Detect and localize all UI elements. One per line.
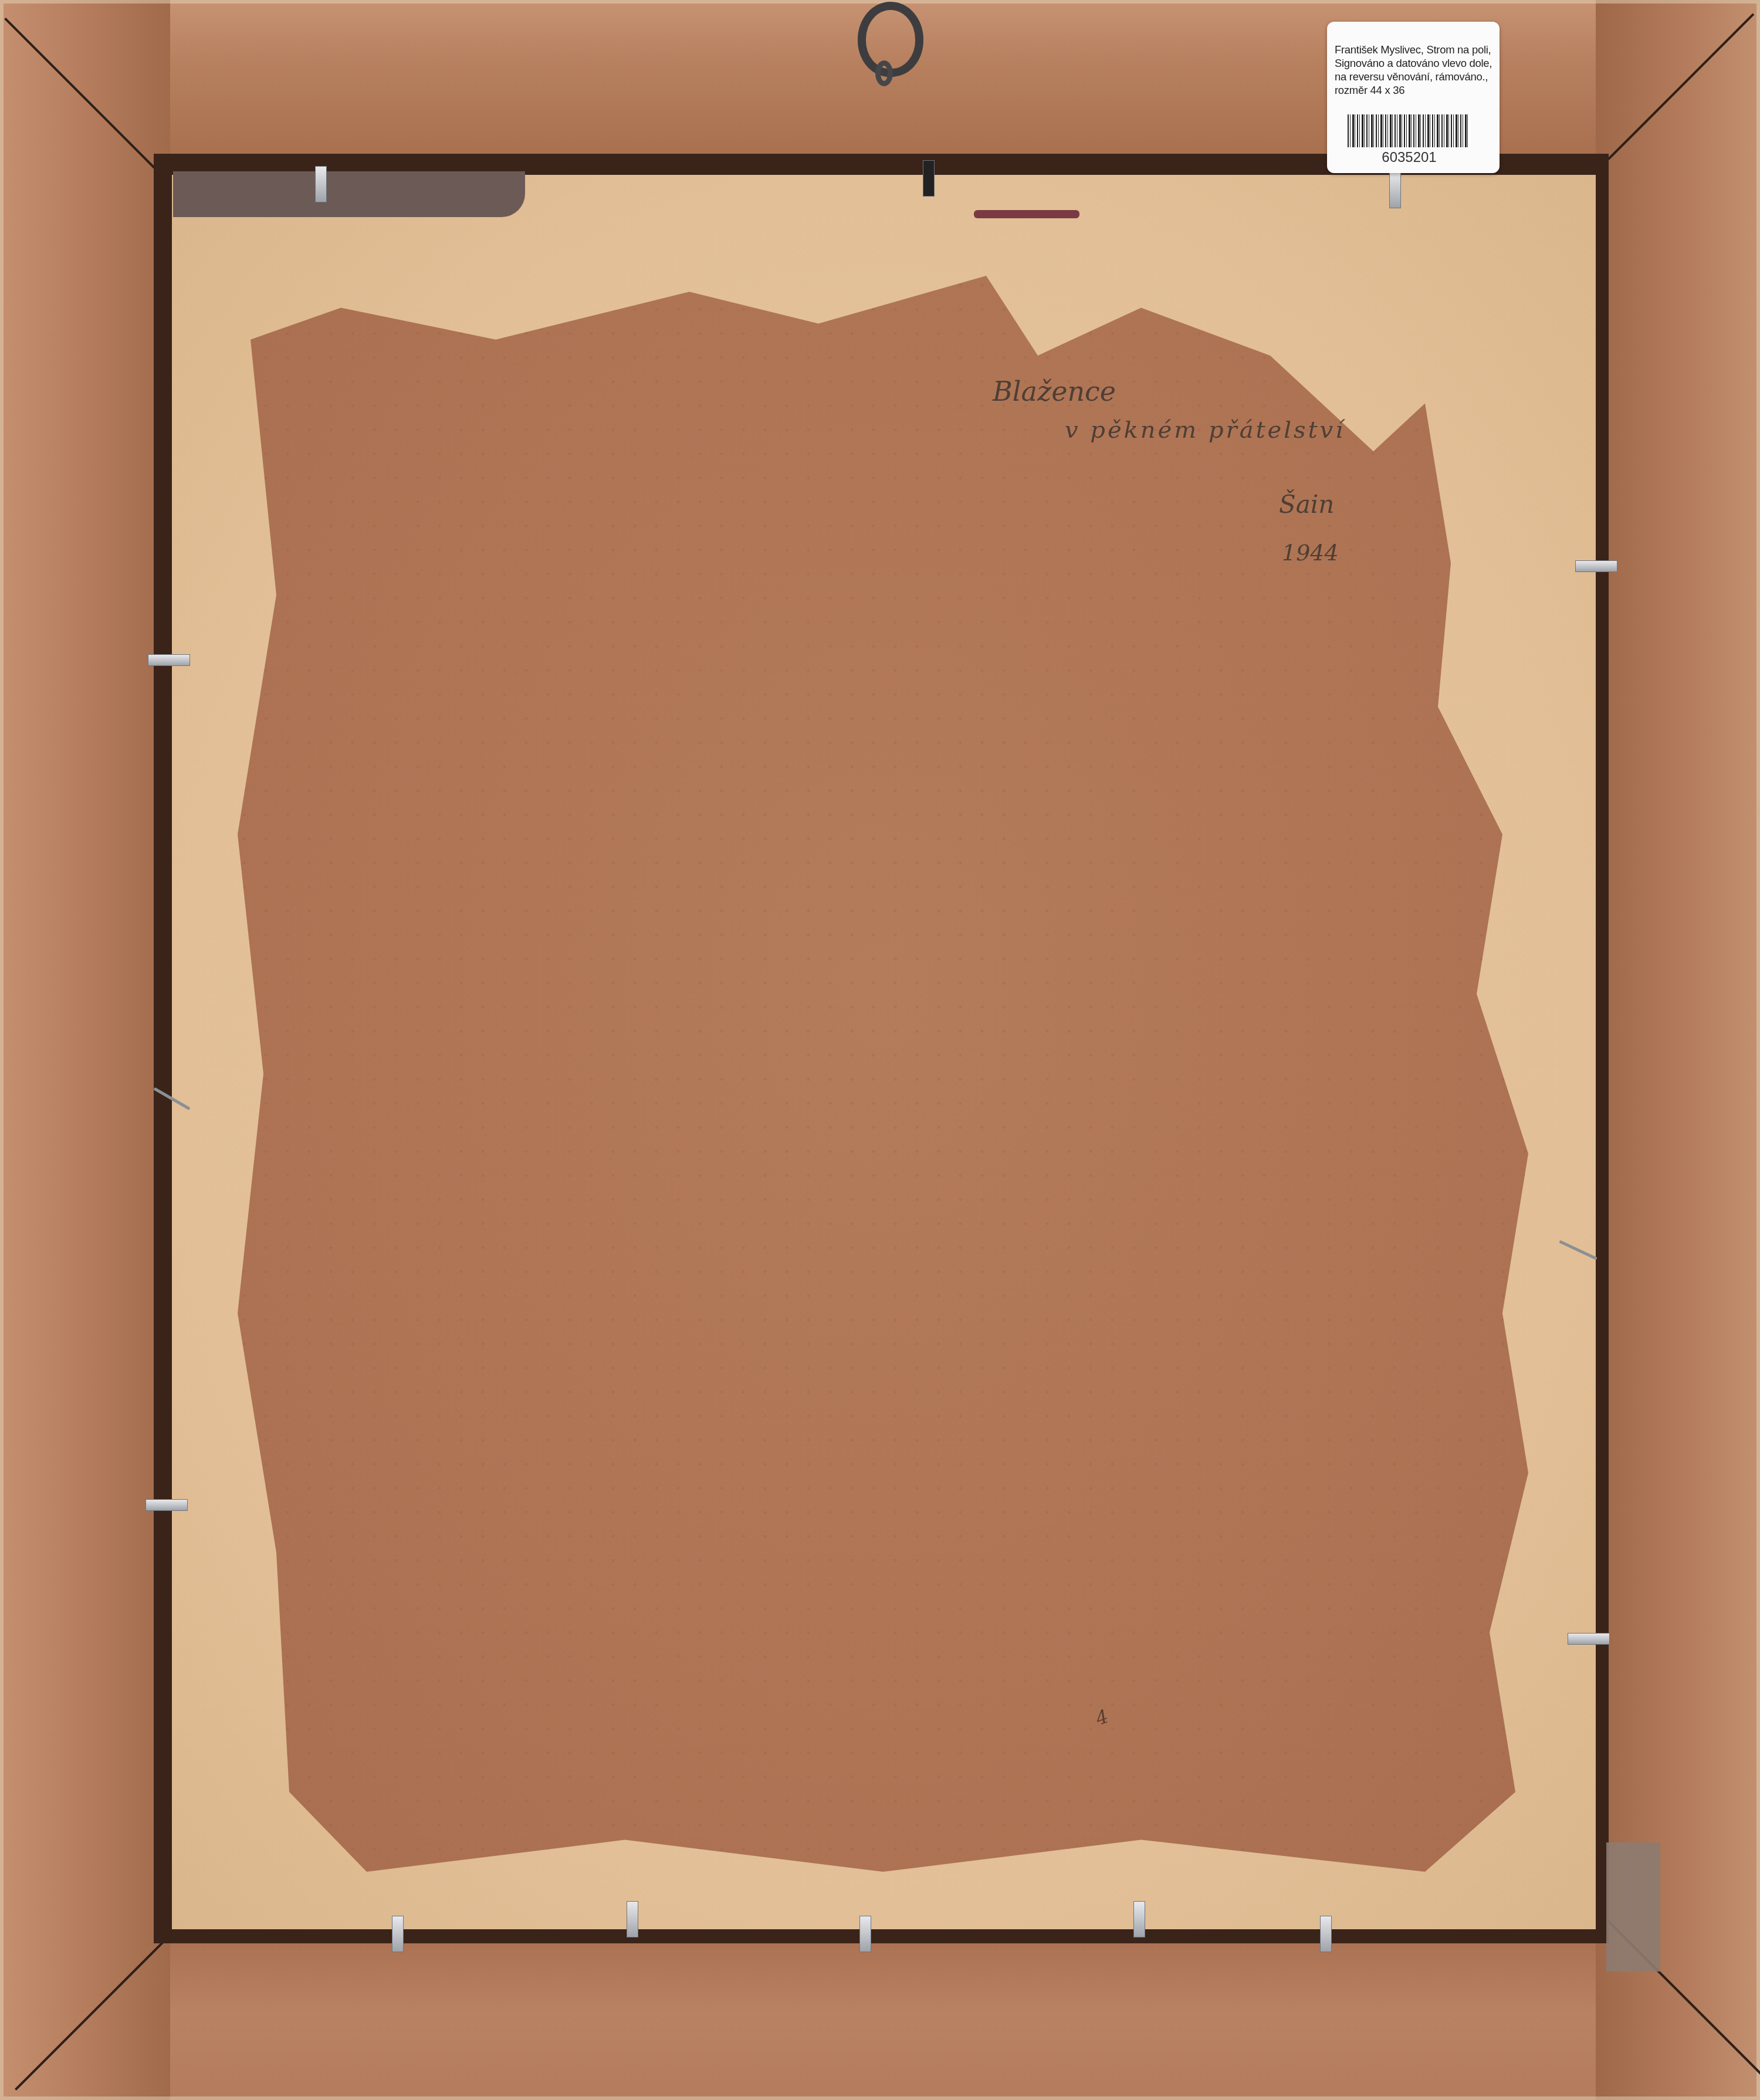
clip-icon	[1320, 1916, 1332, 1952]
clip-icon	[1575, 560, 1617, 572]
label-line-3: na reversu věnování, rámováno.,	[1335, 70, 1499, 83]
dark-stain-mark	[974, 210, 1079, 218]
inscription-signature: Šain	[1279, 490, 1334, 519]
dark-stain-strip	[173, 171, 525, 217]
clip-icon	[923, 160, 935, 197]
ring-eye-icon	[875, 60, 893, 86]
inscription-year: 1944	[1282, 540, 1339, 566]
clip-icon	[392, 1916, 404, 1952]
clip-icon	[315, 166, 327, 202]
inscription-dedication-name: Blažence	[993, 376, 1116, 407]
label-line-1: František Myslivec, Strom na poli,	[1335, 43, 1499, 56]
barcode-number: 6035201	[1327, 150, 1491, 166]
clip-icon	[1389, 172, 1401, 208]
inscription-dedication-text: v pěkném přátelství	[1065, 417, 1345, 444]
picture-frame-back: Blažence v pěkném přátelství Šain 1944 4…	[0, 0, 1760, 2100]
catalog-label: František Myslivec, Strom na poli, Signo…	[1327, 22, 1500, 173]
label-line-2: Signováno a datováno vlevo dole,	[1335, 56, 1499, 70]
barcode-icon	[1348, 114, 1470, 147]
clip-icon	[859, 1916, 871, 1952]
label-line-4: rozměr 44 x 36	[1335, 83, 1499, 97]
tape-strip	[1606, 1842, 1660, 1972]
clip-icon	[145, 1499, 188, 1511]
clip-icon	[1133, 1901, 1145, 1937]
brown-paper-backing	[238, 276, 1528, 1872]
clip-icon	[1568, 1633, 1610, 1645]
clip-icon	[627, 1901, 638, 1937]
label-text: František Myslivec, Strom na poli, Signo…	[1335, 43, 1499, 97]
clip-icon	[148, 654, 190, 666]
